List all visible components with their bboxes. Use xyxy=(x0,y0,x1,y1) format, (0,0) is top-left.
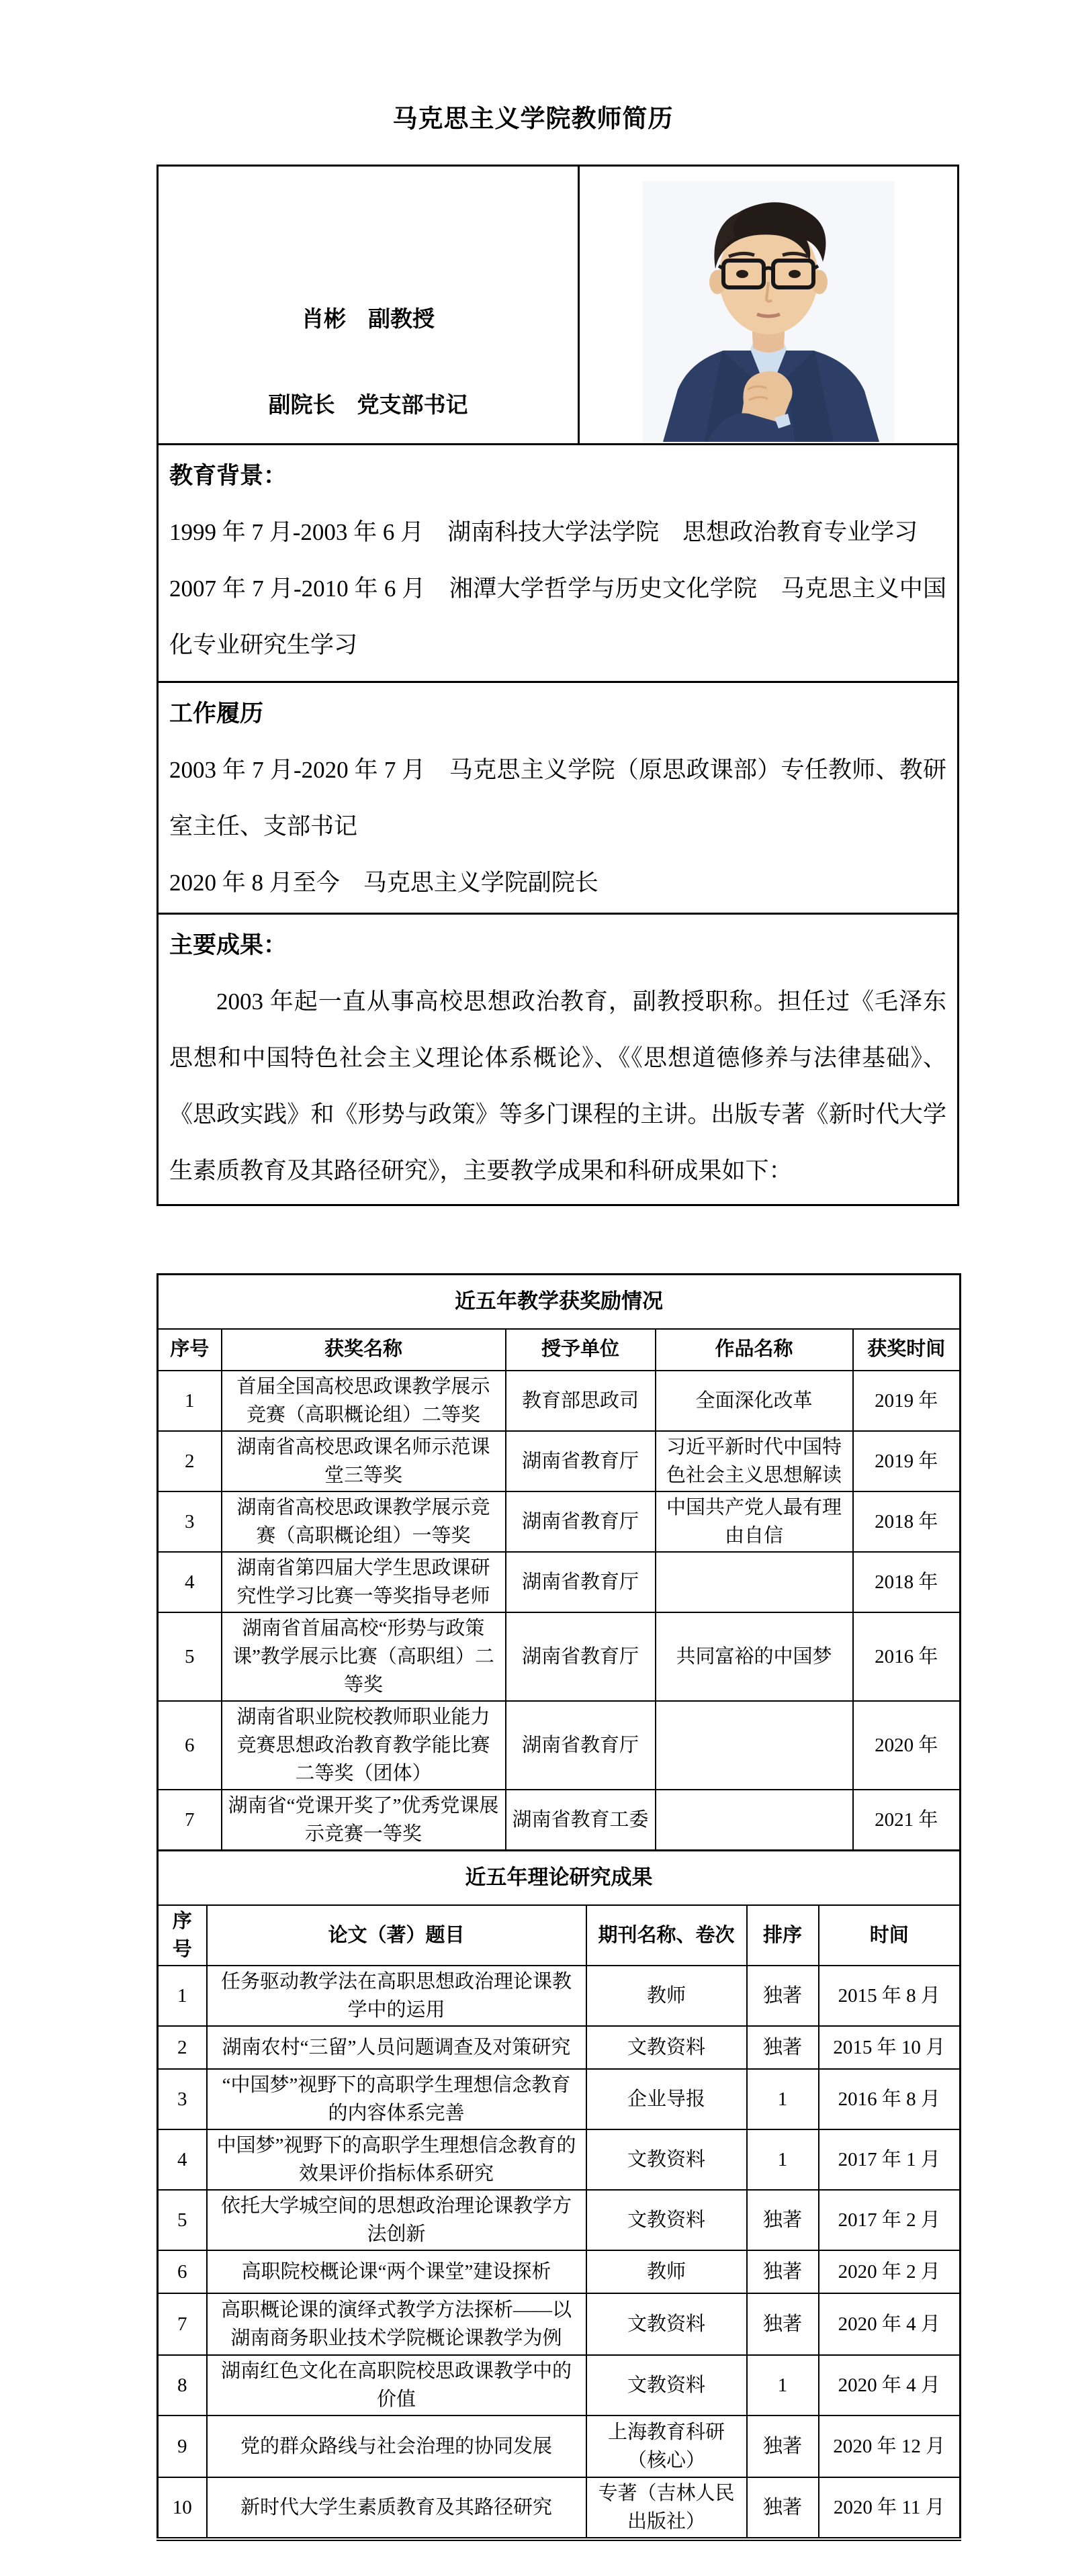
paper-title: 湖南农村“三留”人员问题调查及对策研究 xyxy=(207,2026,586,2069)
table-title-row: 近五年教学获奖励情况 xyxy=(158,1275,961,1329)
award-work: 全面深化改革 xyxy=(656,1371,853,1431)
award-time: 2021 年 xyxy=(853,1790,961,1851)
profile-photo-cell xyxy=(580,167,957,443)
col-header-award-time: 获奖时间 xyxy=(853,1329,961,1371)
education-entry: 1999 年 7 月-2003 年 6 月 湖南科技大学法学院 思想政治教育专业… xyxy=(169,504,946,561)
award-time: 2016 年 xyxy=(853,1612,961,1701)
award-unit: 湖南省教育厅 xyxy=(506,1612,656,1701)
paper-title: 湖南红色文化在高职院校思政课教学中的价值 xyxy=(207,2355,586,2416)
award-no: 7 xyxy=(158,1790,222,1851)
paper-journal: 专著（吉林人民出版社） xyxy=(586,2477,747,2539)
paper-title: 高职概论课的演绎式教学方法探析——以湖南商务职业技术学院概论课教学为例 xyxy=(207,2293,586,2355)
award-unit: 湖南省教育厅 xyxy=(506,1552,656,1612)
award-no: 6 xyxy=(158,1701,222,1790)
table-row: 5 依托大学城空间的思想政治理论课教学方法创新 文教资料 独著 2017 年 2… xyxy=(158,2190,961,2250)
paper-journal: 文教资料 xyxy=(586,2355,747,2416)
paper-time: 2015 年 8 月 xyxy=(819,1966,961,2026)
paper-title: 中国梦”视野下的高职学生理想信念教育的效果评价指标体系研究 xyxy=(207,2129,586,2190)
resume-page: 马克思主义学院教师简历 肖彬 副教授 副院长 党支部书记 xyxy=(0,0,1066,2541)
paper-order: 独著 xyxy=(747,2293,819,2355)
paper-title: 高职院校概论课“两个课堂”建设探析 xyxy=(207,2250,586,2293)
col-header-time: 时间 xyxy=(819,1905,961,1966)
award-name: 湖南省“党课开奖了”优秀党课展示竞赛一等奖 xyxy=(222,1790,506,1851)
award-no: 3 xyxy=(158,1491,222,1552)
page-title: 马克思主义学院教师简历 xyxy=(0,0,1066,133)
paper-time: 2020 年 12 月 xyxy=(819,2416,961,2477)
work-history-entry: 2020 年 8 月至今 马克思主义学院副院长 xyxy=(169,855,946,911)
paper-journal: 文教资料 xyxy=(586,2190,747,2250)
award-time: 2018 年 xyxy=(853,1491,961,1552)
research-results-table: 近五年理论研究成果 序号 论文（著）题目 期刊名称、卷次 排序 时间 1 任务驱… xyxy=(157,1849,961,2541)
award-work xyxy=(656,1701,853,1790)
paper-no: 10 xyxy=(158,2477,207,2539)
paper-time: 2017 年 2 月 xyxy=(819,2190,961,2250)
work-history-title: 工作履历 xyxy=(169,686,946,742)
table-row: 9 党的群众路线与社会治理的协同发展 上海教育科研（核心） 独著 2020 年 … xyxy=(158,2416,961,2477)
paper-journal: 文教资料 xyxy=(586,2293,747,2355)
paper-no: 9 xyxy=(158,2416,207,2477)
col-header-award-name: 获奖名称 xyxy=(222,1329,506,1371)
col-header-work-name: 作品名称 xyxy=(656,1329,853,1371)
award-work: 习近平新时代中国特色社会主义思想解读 xyxy=(656,1431,853,1491)
table-row: 7 高职概论课的演绎式教学方法探析——以湖南商务职业技术学院概论课教学为例 文教… xyxy=(158,2293,961,2355)
education-entry: 2007 年 7 月-2010 年 6 月 湘潭大学哲学与历史文化学院 马克思主… xyxy=(169,561,946,674)
award-no: 2 xyxy=(158,1431,222,1491)
table-row: 10 新时代大学生素质教育及其路径研究 专著（吉林人民出版社） 独著 2020 … xyxy=(158,2477,961,2539)
table-row: 6 高职院校概论课“两个课堂”建设探析 教师 独著 2020 年 2 月 xyxy=(158,2250,961,2293)
paper-journal: 教师 xyxy=(586,1966,747,2026)
achievements-title: 主要成果： xyxy=(169,917,946,974)
paper-no: 7 xyxy=(158,2293,207,2355)
paper-order: 独著 xyxy=(747,2477,819,2539)
paper-order: 1 xyxy=(747,2069,819,2129)
work-history-entry: 2003 年 7 月-2020 年 7 月 马克思主义学院（原思政课部）专任教师… xyxy=(169,742,946,855)
research-table-title: 近五年理论研究成果 xyxy=(158,1851,961,1905)
profile-section: 肖彬 副教授 副院长 党支部书记 xyxy=(157,165,959,445)
col-header-author-order: 排序 xyxy=(747,1905,819,1966)
award-time: 2019 年 xyxy=(853,1431,961,1491)
award-unit: 教育部思政司 xyxy=(506,1371,656,1431)
paper-journal: 企业导报 xyxy=(586,2069,747,2129)
paper-no: 1 xyxy=(158,1966,207,2026)
paper-no: 2 xyxy=(158,2026,207,2069)
award-no: 4 xyxy=(158,1552,222,1612)
table-header-row: 序号 论文（著）题目 期刊名称、卷次 排序 时间 xyxy=(158,1905,961,1966)
paper-time: 2020 年 2 月 xyxy=(819,2250,961,2293)
table-row: 5 湖南省首届高校“形势与政策课”教学展示比赛（高职组）二等奖 湖南省教育厅 共… xyxy=(158,1612,961,1701)
paper-journal: 上海教育科研（核心） xyxy=(586,2416,747,2477)
education-title: 教育背景： xyxy=(169,448,946,504)
table-row: 3 “中国梦”视野下的高职学生理想信念教育的内容体系完善 企业导报 1 2016… xyxy=(158,2069,961,2129)
achievements-paragraph: 2003 年起一直从事高校思想政治教育，副教授职称。担任过《毛泽东思想和中国特色… xyxy=(169,974,946,1199)
table-row: 3 湖南省高校思政课教学展示竞赛（高职概论组）一等奖 湖南省教育厅 中国共产党人… xyxy=(158,1491,961,1552)
award-time: 2020 年 xyxy=(853,1701,961,1790)
paper-time: 2015 年 10 月 xyxy=(819,2026,961,2069)
award-work: 共同富裕的中国梦 xyxy=(656,1612,853,1701)
paper-no: 4 xyxy=(158,2129,207,2190)
profile-name-cell: 肖彬 副教授 副院长 党支部书记 xyxy=(159,167,580,443)
paper-order: 独著 xyxy=(747,2250,819,2293)
paper-order: 1 xyxy=(747,2129,819,2190)
teacher-roles: 副院长 党支部书记 xyxy=(269,390,468,421)
col-header-no: 序号 xyxy=(158,1329,222,1371)
paper-title: 新时代大学生素质教育及其路径研究 xyxy=(207,2477,586,2539)
table-title-row: 近五年理论研究成果 xyxy=(158,1851,961,1905)
table-row: 4 湖南省第四届大学生思政课研究性学习比赛一等奖指导老师 湖南省教育厅 2018… xyxy=(158,1552,961,1612)
table-row: 2 湖南省高校思政课名师示范课堂三等奖 湖南省教育厅 习近平新时代中国特色社会主… xyxy=(158,1431,961,1491)
paper-time: 2020 年 11 月 xyxy=(819,2477,961,2539)
col-header-no: 序号 xyxy=(158,1905,207,1966)
paper-journal: 教师 xyxy=(586,2250,747,2293)
paper-time: 2017 年 1 月 xyxy=(819,2129,961,2190)
award-time: 2018 年 xyxy=(853,1552,961,1612)
award-time: 2019 年 xyxy=(853,1371,961,1431)
table-row: 2 湖南农村“三留”人员问题调查及对策研究 文教资料 独著 2015 年 10 … xyxy=(158,2026,961,2069)
paper-time: 2020 年 4 月 xyxy=(819,2293,961,2355)
resume-body: 肖彬 副教授 副院长 党支部书记 xyxy=(157,165,959,2541)
award-unit: 湖南省教育工委 xyxy=(506,1790,656,1851)
col-header-paper-title: 论文（著）题目 xyxy=(207,1905,586,1966)
table-row: 8 湖南红色文化在高职院校思政课教学中的价值 文教资料 1 2020 年 4 月 xyxy=(158,2355,961,2416)
teaching-awards-table: 近五年教学获奖励情况 序号 获奖名称 授予单位 作品名称 获奖时间 1 首届全国… xyxy=(157,1273,961,1851)
paper-journal: 文教资料 xyxy=(586,2129,747,2190)
paper-order: 独著 xyxy=(747,2190,819,2250)
paper-time: 2016 年 8 月 xyxy=(819,2069,961,2129)
col-header-award-unit: 授予单位 xyxy=(506,1329,656,1371)
work-history-section: 工作履历 2003 年 7 月-2020 年 7 月 马克思主义学院（原思政课部… xyxy=(157,683,959,915)
award-unit: 湖南省教育厅 xyxy=(506,1701,656,1790)
paper-no: 8 xyxy=(158,2355,207,2416)
paper-title: “中国梦”视野下的高职学生理想信念教育的内容体系完善 xyxy=(207,2069,586,2129)
award-no: 5 xyxy=(158,1612,222,1701)
table-row: 1 首届全国高校思政课教学展示竞赛（高职概论组）二等奖 教育部思政司 全面深化改… xyxy=(158,1371,961,1431)
col-header-journal: 期刊名称、卷次 xyxy=(586,1905,747,1966)
table-row: 1 任务驱动教学法在高职思想政治理论课教学中的运用 教师 独著 2015 年 8… xyxy=(158,1966,961,2026)
award-unit: 湖南省教育厅 xyxy=(506,1431,656,1491)
paper-no: 3 xyxy=(158,2069,207,2129)
award-name: 湖南省职业院校教师职业能力竞赛思想政治教育教学能比赛二等奖（团体） xyxy=(222,1701,506,1790)
award-work: 中国共产党人最有理由自信 xyxy=(656,1491,853,1552)
paper-time: 2020 年 4 月 xyxy=(819,2355,961,2416)
teacher-name-and-title: 肖彬 副教授 xyxy=(302,304,435,335)
paper-order: 独著 xyxy=(747,1966,819,2026)
paper-title: 党的群众路线与社会治理的协同发展 xyxy=(207,2416,586,2477)
paper-journal: 文教资料 xyxy=(586,2026,747,2069)
paper-order: 1 xyxy=(747,2355,819,2416)
paper-title: 任务驱动教学法在高职思想政治理论课教学中的运用 xyxy=(207,1966,586,2026)
award-name: 湖南省高校思政课名师示范课堂三等奖 xyxy=(222,1431,506,1491)
table-header-row: 序号 获奖名称 授予单位 作品名称 获奖时间 xyxy=(158,1329,961,1371)
award-unit: 湖南省教育厅 xyxy=(506,1491,656,1552)
achievements-section: 主要成果： 2003 年起一直从事高校思想政治教育，副教授职称。担任过《毛泽东思… xyxy=(157,915,959,1206)
teacher-portrait-photo xyxy=(643,181,894,442)
award-work xyxy=(656,1790,853,1851)
paper-no: 6 xyxy=(158,2250,207,2293)
table-row: 7 湖南省“党课开奖了”优秀党课展示竞赛一等奖 湖南省教育工委 2021 年 xyxy=(158,1790,961,1851)
paper-no: 5 xyxy=(158,2190,207,2250)
paper-order: 独著 xyxy=(747,2416,819,2477)
award-no: 1 xyxy=(158,1371,222,1431)
table-row: 6 湖南省职业院校教师职业能力竞赛思想政治教育教学能比赛二等奖（团体） 湖南省教… xyxy=(158,1701,961,1790)
table-row: 4 中国梦”视野下的高职学生理想信念教育的效果评价指标体系研究 文教资料 1 2… xyxy=(158,2129,961,2190)
award-work xyxy=(656,1552,853,1612)
paper-title: 依托大学城空间的思想政治理论课教学方法创新 xyxy=(207,2190,586,2250)
award-name: 湖南省首届高校“形势与政策课”教学展示比赛（高职组）二等奖 xyxy=(222,1612,506,1701)
awards-table-title: 近五年教学获奖励情况 xyxy=(158,1275,961,1329)
award-name: 首届全国高校思政课教学展示竞赛（高职概论组）二等奖 xyxy=(222,1371,506,1431)
education-section: 教育背景： 1999 年 7 月-2003 年 6 月 湖南科技大学法学院 思想… xyxy=(157,445,959,683)
award-name: 湖南省高校思政课教学展示竞赛（高职概论组）一等奖 xyxy=(222,1491,506,1552)
paper-order: 独著 xyxy=(747,2026,819,2069)
award-name: 湖南省第四届大学生思政课研究性学习比赛一等奖指导老师 xyxy=(222,1552,506,1612)
